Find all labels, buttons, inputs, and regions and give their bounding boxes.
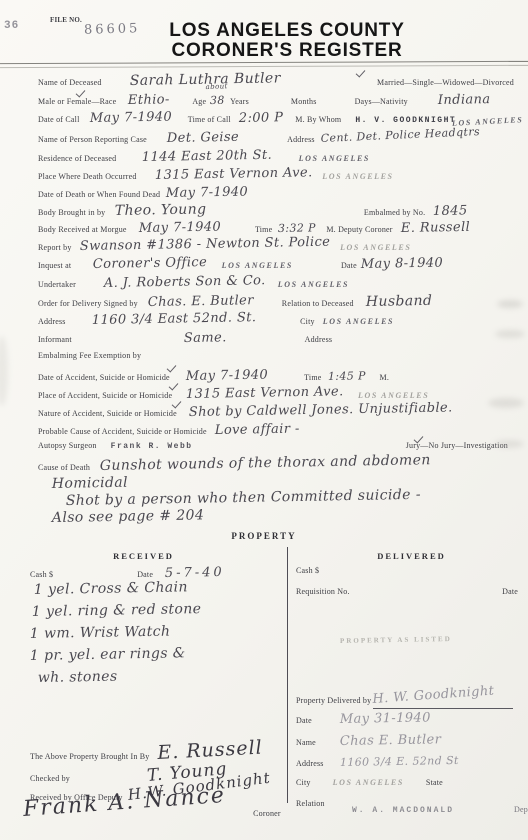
scan-smudge: [0, 336, 8, 406]
field-label-date-of-call: Date of Call: [38, 115, 80, 124]
time-of-call-value: 2:00 P: [239, 110, 284, 126]
relation-value: Husband: [365, 293, 432, 310]
received-column-title: RECEIVED: [113, 551, 174, 561]
field-label-delivery-order: Order for Delivery Signed by: [38, 299, 138, 308]
field-label-morgue: Body Received at Morgue: [38, 225, 127, 234]
accident-time-label: Time: [304, 373, 321, 382]
age-value: about 38: [210, 94, 225, 107]
field-label-residence: Residence of Deceased: [38, 154, 116, 163]
accident-cause-value: Love affair -: [214, 422, 299, 438]
page-title: LOS ANGELES COUNTY CORONER'S REGISTER: [52, 21, 522, 61]
property-item: 1 wm. Wrist Watch: [30, 624, 171, 642]
delivered-cash-label: Cash $: [296, 566, 319, 575]
deputy-name-stamp: W. A. MACDONALD: [352, 806, 454, 815]
property-as-listed-stamp: PROPERTY AS LISTED: [340, 635, 452, 645]
age-label: Age: [192, 97, 206, 106]
field-label-death-place: Place Where Death Occurred: [38, 172, 137, 181]
embalmed-value: 1845: [433, 203, 468, 219]
scan-smudge: [497, 300, 523, 308]
scan-smudge: [494, 440, 524, 448]
coroner-label: Coroner: [253, 809, 281, 818]
accident-date-value: May 7-1940: [186, 368, 269, 384]
field-label-accident-cause: Probable Cause of Accident, Suicide or H…: [38, 427, 207, 436]
delivered-city-label: City: [296, 778, 311, 787]
coroner-register-scan: 36 FILE NO. 86605 LOS ANGELES COUNTY COR…: [0, 0, 528, 840]
received-cash-label: Cash $: [30, 570, 53, 579]
time-of-call-label: Time of Call: [188, 115, 231, 124]
los-angeles-stamp: LOS ANGELES: [278, 280, 349, 289]
scan-smudge: [488, 398, 524, 408]
header-rule: [0, 61, 528, 68]
property-item: wh. stones: [38, 669, 118, 686]
los-angeles-stamp: LOS ANGELES: [358, 391, 429, 400]
property-item: 1 pr. yel. ear rings &: [30, 645, 186, 664]
death-date-value: May 7-1940: [166, 185, 249, 201]
delivered-name-label: Name: [296, 738, 316, 747]
field-label-accident-date: Date of Accident, Suicide or Homicide: [38, 373, 170, 382]
address-value: 1160 3/4 East 52nd. St.: [91, 310, 256, 328]
scan-smudge: [495, 330, 525, 338]
embalmed-label: Embalmed by No.: [364, 208, 425, 217]
delivered-date-label: Date: [502, 587, 518, 596]
delivered-name-value: Chas E. Butler: [340, 732, 442, 749]
accident-place-value: 1315 East Vernon Ave.: [186, 384, 344, 402]
delivered-address-value: 1160 3/4 E. 52nd St: [339, 754, 458, 769]
field-label-inquest: Inquest at: [38, 261, 71, 270]
field-label-deceased: Name of Deceased: [38, 78, 102, 87]
accident-nature-value: Shot by Caldwell Jones. Unjustifiable.: [189, 400, 453, 420]
deputy-label: Depu: [514, 805, 528, 814]
field-label-death-date: Date of Death or When Found Dead: [38, 190, 160, 199]
property-brought-label: The Above Property Brought In By: [30, 752, 150, 761]
cause-of-death-note: Homicidal: [52, 475, 128, 492]
reporter-address-label: Address: [287, 135, 315, 144]
deputy-coroner-label: M. Deputy Coroner: [326, 225, 392, 234]
inquest-value: Coroner's Office: [93, 255, 208, 272]
delivered-column-title: DELIVERED: [377, 551, 446, 561]
state-label: State: [426, 778, 443, 787]
field-label-reporter: Name of Person Reporting Case: [38, 135, 147, 144]
field-label-cause-of-death: Cause of Death: [38, 463, 90, 472]
los-angeles-stamp: LOS ANGELES: [222, 261, 293, 270]
field-label-informant: Informant: [38, 335, 72, 344]
informant-value: Same.: [184, 330, 227, 346]
relation-label: Relation to Deceased: [282, 299, 354, 308]
body-brought-value: Theo. Young: [115, 201, 207, 219]
los-angeles-stamp: LOS ANGELES: [340, 243, 411, 252]
field-label-accident-nature: Nature of Accident, Suicide or Homicide: [38, 409, 177, 418]
los-angeles-stamp: LOS ANGELES: [322, 172, 393, 181]
reporter-address-value: Cent. Det. Police Headqtrs: [320, 125, 480, 145]
received-date-label: Date: [137, 570, 153, 579]
morgue-time-value: 3:32 P: [278, 221, 316, 235]
accident-time-value: 1:45 P: [327, 369, 365, 383]
autopsy-surgeon-stamp: Frank R. Webb: [111, 442, 193, 451]
field-label-report-by: Report by: [38, 243, 72, 252]
cause-of-death-note: Also see page # 204: [52, 507, 205, 526]
reporter-value: Det. Geise: [167, 130, 239, 146]
inquest-date-value: May 8-1940: [361, 256, 444, 272]
marital-options: Married—Single—Widowed—Divorced: [377, 78, 514, 87]
delivery-order-value: Chas. E. Butler: [148, 293, 254, 310]
title-line1: LOS ANGELES COUNTY: [52, 21, 522, 41]
residence-value: 1144 East 20th St.: [142, 148, 272, 165]
title-line2: CORONER'S REGISTER: [52, 41, 522, 61]
date-of-call-value: May 7-1940: [89, 110, 172, 126]
race-value: Ethio-: [128, 92, 170, 108]
by-whom-stamp: H. V. GOODKNIGHT: [355, 116, 456, 125]
field-label-sex-race: Male or Female—Race: [38, 97, 116, 106]
field-label-body-brought: Body Brought in by: [38, 208, 105, 217]
property-section-title: PROPERTY: [231, 531, 296, 541]
cause-of-death-value: Gunshot wounds of the thorax and abdomen: [100, 452, 431, 474]
jury-options: Jury—No Jury—Investigation: [406, 441, 508, 450]
requisition-label: Requisition No.: [296, 587, 350, 596]
delivered-date2-value: May 31-1940: [340, 710, 431, 727]
field-label-embalming-exemption: Embalming Fee Exemption by: [38, 351, 141, 360]
delivered-city-stamp: LOS ANGELES: [333, 778, 404, 787]
field-label-accident-place: Place of Accident, Suicide or Homicide: [38, 391, 172, 400]
delivered-date2-label: Date: [296, 716, 312, 725]
delivered-by-value: H. W. Goodknight: [372, 684, 495, 707]
nativity-value: Indiana: [438, 92, 491, 108]
field-label-autopsy-surgeon: Autopsy Surgeon: [38, 441, 97, 450]
age-approx-note: about: [206, 82, 228, 91]
checked-by-label: Checked by: [30, 774, 70, 783]
delivered-relation-label: Relation: [296, 799, 325, 808]
months-label: Months: [291, 97, 317, 106]
deputy-coroner-value: E. Russell: [400, 220, 470, 236]
delivered-by-label: Property Delivered by: [296, 696, 371, 705]
by-whom-label: M. By Whom: [295, 115, 341, 124]
years-label: Years: [230, 97, 249, 106]
inquest-date-label: Date: [341, 261, 357, 270]
informant-address-label: Address: [305, 335, 333, 344]
undertaker-value: A. J. Roberts Son & Co.: [104, 273, 266, 291]
property-item: 1 yel. Cross & Chain: [34, 579, 188, 598]
property-column-divider: [287, 547, 288, 803]
morgue-date-value: May 7-1940: [138, 220, 221, 236]
page-corner-number: 36: [4, 20, 19, 32]
death-place-value: 1315 East Vernon Ave.: [154, 165, 312, 183]
los-angeles-stamp: LOS ANGELES: [299, 154, 370, 163]
delivered-address-label: Address: [296, 759, 324, 768]
field-label-address: Address: [38, 317, 66, 326]
morgue-time-label: Time: [255, 225, 272, 234]
city-label: City: [300, 317, 315, 326]
days-nativity-label: Days—Nativity: [355, 97, 408, 106]
los-angeles-stamp: LOS ANGELES: [323, 317, 394, 326]
accident-m-label: M.: [380, 373, 390, 382]
field-label-undertaker: Undertaker: [38, 280, 76, 289]
report-by-value: Swanson #1386 - Newton St. Police: [79, 235, 330, 254]
property-item: 1 yel. ring & red stone: [32, 601, 202, 620]
